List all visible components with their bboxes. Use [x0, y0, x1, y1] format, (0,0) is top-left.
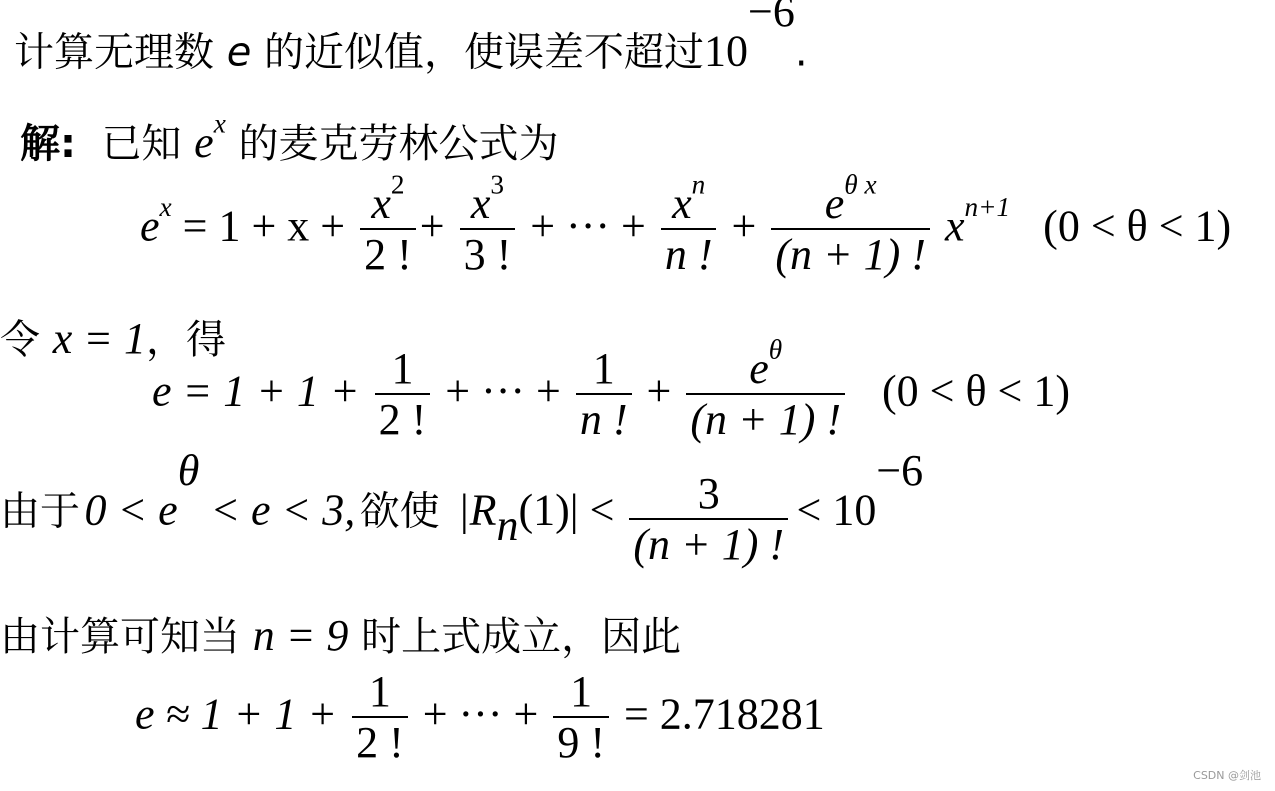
- period: .: [795, 30, 808, 76]
- solution-intro: 解: 已知 ex 的麦克劳林公式为: [20, 112, 559, 169]
- solution-label: 解:: [20, 121, 76, 167]
- power-base: 10: [704, 27, 748, 76]
- e-approx-formula: e ≈ 1 + 1 + 12 ! + ··· + 19 ! = 2.718281: [135, 668, 825, 769]
- maclaurin-formula: ex = 1 + x + x22 !+ x33 ! + ··· + xnn ! …: [140, 180, 1231, 281]
- problem-statement: 计算无理数 e 的近似值，使误差不超过10−6.: [14, 12, 808, 78]
- error-bound-line: 由于 0 < eθ < e < 3, 欲使 |Rn(1)| < 3(n + 1)…: [0, 470, 923, 571]
- e-series-formula: e = 1 + 1 + 12 ! + ··· + 1n ! + eθ(n + 1…: [152, 345, 1070, 446]
- problem-text-2: 的近似值，使误差不超过: [264, 30, 704, 76]
- intro-b: 的麦克劳林公式为: [239, 121, 559, 167]
- e-symbol: e: [227, 30, 252, 76]
- e-power-x: ex: [194, 118, 226, 167]
- calc-line: 由计算可知当 n = 9 时上式成立，因此: [0, 605, 681, 662]
- power-exp: −6: [748, 0, 795, 36]
- intro-a: 已知: [101, 121, 181, 167]
- problem-text: 计算无理数: [14, 30, 214, 76]
- watermark: CSDN @剑池: [1193, 767, 1261, 783]
